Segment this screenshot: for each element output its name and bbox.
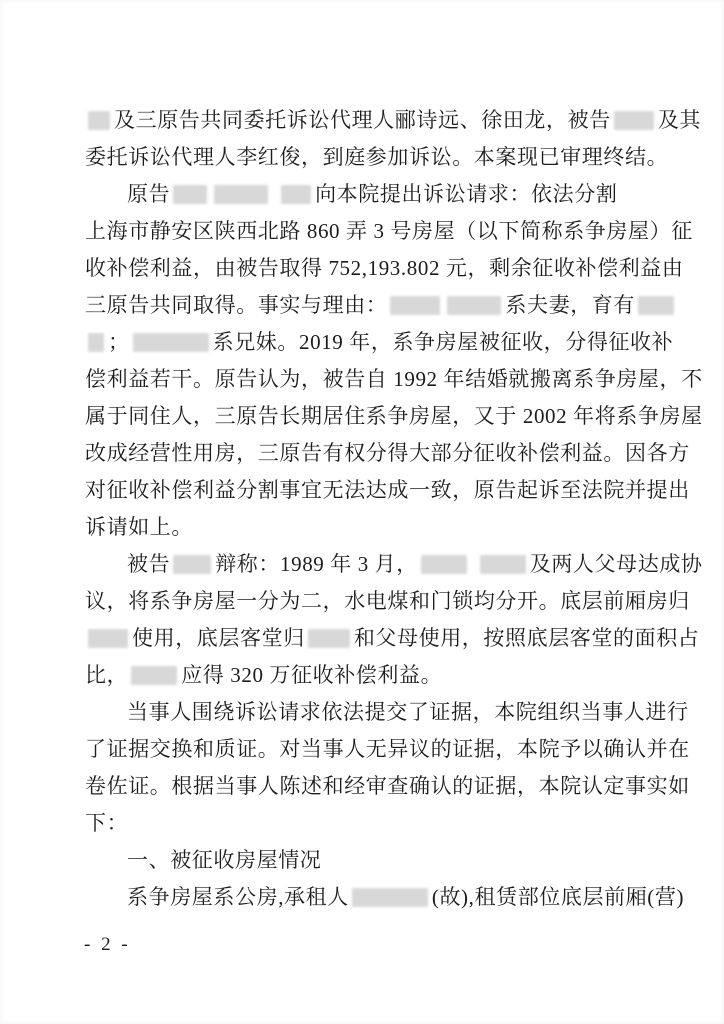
document-line: 比，应得 320 万征收补偿利益。	[85, 657, 643, 694]
text-segment: 比，	[85, 663, 128, 687]
text-segment: 及两人父母达成协	[530, 552, 703, 576]
text-segment: 收补偿利益，由被告取得 752,193.802 元，剩余征收补偿利益由	[85, 256, 684, 280]
text-segment: 了证据交换和质证。对当事人无异议的证据，本院予以确认并在	[85, 737, 690, 761]
document-line: 原告 向本院提出诉讼请求：依法分割	[85, 176, 643, 213]
redaction-box	[131, 666, 177, 685]
document-line: 偿利益若干。原告认为，被告自 1992 年结婚就搬离系争房屋，不	[85, 361, 643, 398]
document-line: 三原告共同取得。事实与理由：系夫妻，育有	[85, 287, 643, 324]
redaction-box	[88, 111, 110, 130]
text-segment: 原告	[127, 182, 170, 206]
text-segment: 上海市静安区陕西北路 860 弄 3 号房屋（以下简称系争房屋）征	[85, 219, 693, 243]
text-segment: 改成经营性用房，三原告有权分得大部分征收补偿利益。因各方	[85, 441, 690, 465]
text-segment: 被告	[127, 552, 170, 576]
document-line: 了证据交换和质证。对当事人无异议的证据，本院予以确认并在	[85, 731, 643, 768]
text-segment: 系争房屋系公房,承租人	[127, 885, 349, 909]
text-segment	[471, 552, 477, 576]
document-line: 收补偿利益，由被告取得 752,193.802 元，剩余征收补偿利益由	[85, 250, 643, 287]
text-segment: 向本院提出诉讼请求：依法分割	[315, 182, 617, 206]
text-segment: 偿利益若干。原告认为，被告自 1992 年结婚就搬离系争房屋，不	[85, 367, 703, 391]
redaction-box	[173, 555, 211, 574]
text-segment: 当事人围绕诉讼请求依法提交了证据，本院组织当事人进行	[127, 700, 689, 724]
text-segment: 辩称：1989 年 3 月，	[215, 552, 418, 576]
text-segment: 对征收补偿利益分割事宜无法达成一致，原告起诉至法院并提出	[85, 478, 690, 502]
document-line: 上海市静安区陕西北路 860 弄 3 号房屋（以下简称系争房屋）征	[85, 213, 643, 250]
redaction-box	[614, 111, 654, 130]
text-segment: 使用，底层客堂归	[132, 626, 305, 650]
document-line: 当事人围绕诉讼请求依法提交了证据，本院组织当事人进行	[85, 694, 643, 731]
document-line: 属于同住人，三原告长期居住系争房屋，又于 2002 年将系争房屋	[85, 398, 643, 435]
document-line: 一、被征收房屋情况	[85, 842, 643, 879]
redaction-box	[480, 555, 526, 574]
document-page: 及三原告共同委托诉讼代理人郦诗远、徐田龙，被告及其委托诉讼代理人李红俊，到庭参加…	[0, 0, 724, 1024]
redaction-box	[352, 888, 428, 907]
redaction-box	[421, 555, 467, 574]
text-segment: 和父母使用，按照底层客堂的面积占	[354, 626, 700, 650]
document-line: ；系兄妹。2019 年，系争房屋被征收，分得征收补	[85, 324, 643, 361]
document-line: 委托诉讼代理人李红俊，到庭参加诉讼。本案现已审理终结。	[85, 139, 643, 176]
redaction-box	[214, 185, 268, 204]
text-segment: 属于同住人，三原告长期居住系争房屋，又于 2002 年将系争房屋	[85, 404, 703, 428]
redaction-box	[447, 296, 501, 315]
page-number: - 2 -	[84, 931, 131, 959]
redaction-box	[88, 629, 128, 648]
redaction-box	[133, 333, 209, 352]
text-segment: 一、被征收房屋情况	[127, 848, 321, 872]
text-segment: ；	[108, 330, 130, 354]
document-line: 被告辩称：1989 年 3 月， 及两人父母达成协	[85, 546, 643, 583]
text-segment: 三原告共同取得。事实与理由：	[85, 293, 387, 317]
text-segment: 诉请如上。	[85, 515, 193, 539]
document-body: 及三原告共同委托诉讼代理人郦诗远、徐田龙，被告及其委托诉讼代理人李红俊，到庭参加…	[85, 102, 643, 916]
document-line: 下：	[85, 805, 643, 842]
text-segment: 卷佐证。根据当事人陈述和经审查确认的证据，本院认定事实如	[85, 774, 690, 798]
text-segment: 委托诉讼代理人李红俊，到庭参加诉讼。本案现已审理终结。	[85, 145, 668, 169]
document-line: 使用，底层客堂归和父母使用，按照底层客堂的面积占	[85, 620, 643, 657]
document-line: 改成经营性用房，三原告有权分得大部分征收补偿利益。因各方	[85, 435, 643, 472]
text-segment: 系兄妹。2019 年，系争房屋被征收，分得征收补	[213, 330, 674, 354]
text-segment: 及其	[658, 108, 701, 132]
document-line: 系争房屋系公房,承租人(故),租赁部位底层前厢(营)	[85, 879, 643, 916]
text-segment	[272, 182, 278, 206]
redaction-box	[390, 296, 440, 315]
text-segment: 议，将系争房屋一分为二，水电煤和门锁均分开。底层前厢房归	[85, 589, 690, 613]
document-line: 及三原告共同委托诉讼代理人郦诗远、徐田龙，被告及其	[85, 102, 643, 139]
text-segment: 下：	[85, 811, 128, 835]
redaction-box	[173, 185, 207, 204]
document-line: 议，将系争房屋一分为二，水电煤和门锁均分开。底层前厢房归	[85, 583, 643, 620]
redaction-box	[281, 185, 311, 204]
redaction-box	[88, 333, 104, 352]
text-segment: 及三原告共同委托诉讼代理人郦诗远、徐田龙，被告	[114, 108, 611, 132]
document-line: 对征收补偿利益分割事宜无法达成一致，原告起诉至法院并提出	[85, 472, 643, 509]
document-line: 诉请如上。	[85, 509, 643, 546]
text-segment: 应得 320 万征收补偿利益。	[181, 663, 442, 687]
redaction-box	[638, 296, 674, 315]
text-segment: (故),租赁部位底层前厢(营)	[432, 885, 684, 909]
redaction-box	[308, 629, 350, 648]
document-line: 卷佐证。根据当事人陈述和经审查确认的证据，本院认定事实如	[85, 768, 643, 805]
text-segment: 系夫妻，育有	[505, 293, 635, 317]
